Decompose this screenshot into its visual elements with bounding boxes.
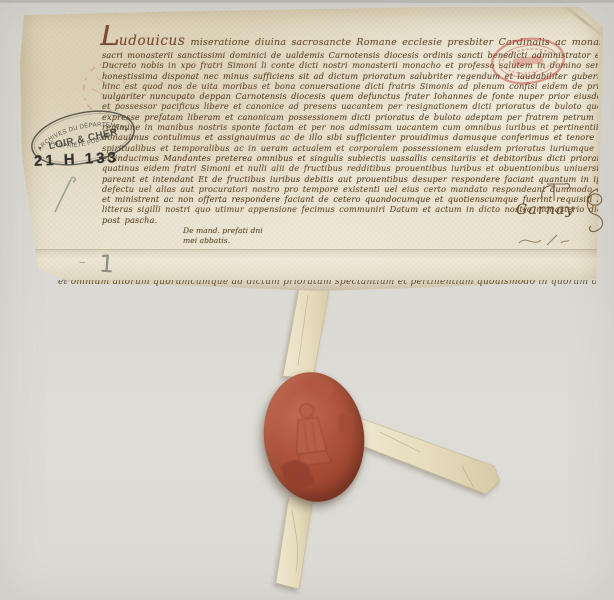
chancery-note-line: De mand. prefati dni — [183, 226, 263, 236]
decorated-initial: L — [100, 25, 119, 49]
fold-edge-text: et omnium aliorum quorumcumque ad dictum… — [58, 280, 596, 289]
parchment-tag-bottom — [276, 496, 313, 589]
body-line: et possessor pacificus libere et canonic… — [102, 101, 598, 111]
pencil-squiggle: ∼ — [60, 273, 71, 287]
red-oval-stamp-icon — [486, 31, 570, 90]
notary-signature: Garnay — [516, 202, 575, 218]
seal-relief-figure-icon — [271, 376, 361, 489]
pen-trial-marks-icon — [517, 231, 571, 249]
wax-seal — [256, 366, 371, 507]
scan-photograph: Ludouicus miseratione diuina sacrosancte… — [0, 0, 614, 600]
body-line: uulgariter nuncupato deppan Carnotensis … — [102, 91, 598, 101]
pencil-dash: – — [79, 255, 86, 270]
body-line: et inducimus Mandantes preterea omnibus … — [102, 153, 598, 163]
body-line: donauimus contulimus et assignauimus ac … — [102, 132, 598, 142]
pencil-numeral: 1 — [98, 250, 115, 279]
chancery-note: De mand. prefati dni mei abbatis. — [183, 226, 263, 245]
body-line: regimine in manibus nostris sponte facta… — [102, 122, 598, 132]
body-line: quatinus eidem fratri Simoni et nulli al… — [102, 163, 598, 173]
signature-flourish-icon — [538, 181, 572, 203]
parchment-tag-top — [283, 278, 331, 378]
pencil-stroke-icon — [50, 176, 80, 216]
chancery-note-line: mei abbatis. — [183, 236, 263, 246]
body-line: defectu uel alias aut procuratori nostro… — [102, 184, 598, 194]
body-line: pareant et intendant Et de fructibus iur… — [102, 174, 598, 184]
incipit-word: udouicus — [119, 33, 185, 49]
signature-paraph-icon — [583, 187, 609, 237]
body-line: spiritualibus et temporalibus ac in uera… — [102, 143, 598, 153]
body-line: expresse prefatam liberam et canonicam p… — [102, 112, 598, 122]
